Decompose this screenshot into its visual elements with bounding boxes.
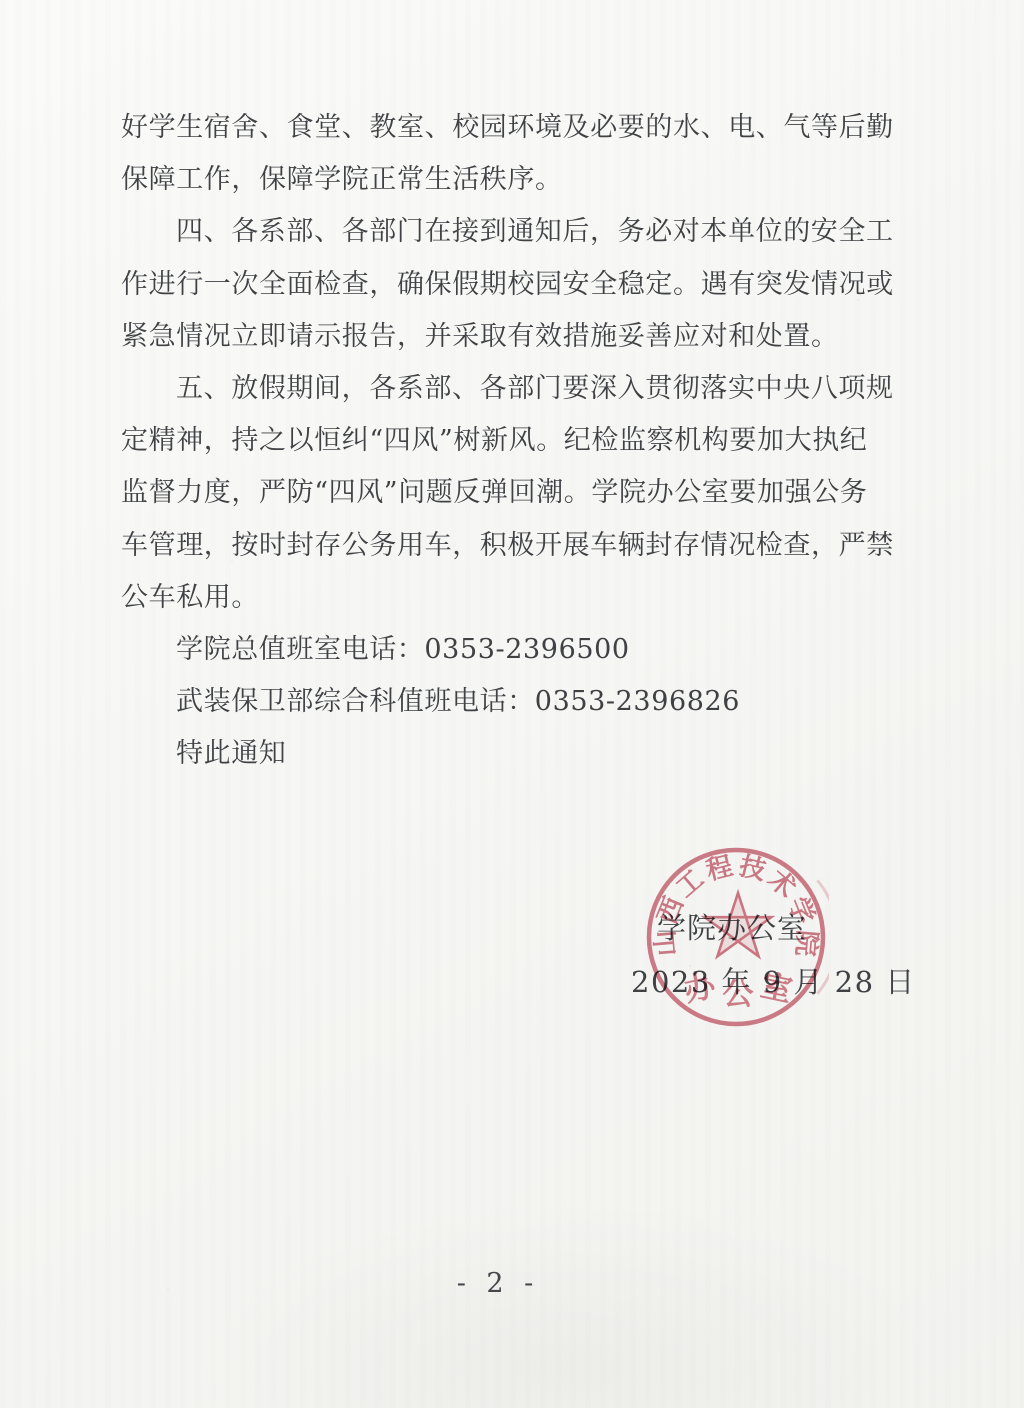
- document-page: 好学生宿舍、食堂、教室、校园环境及必要的水、电、气等后勤 保障工作，保障学院正常…: [0, 0, 1024, 1408]
- body-line-8: 监督力度，严防“四风”问题反弹回潮。学院办公室要加强公务: [121, 467, 901, 519]
- seal-bottom-char: 公: [723, 977, 754, 1013]
- body-line-7: 定精神，持之以恒纠“四风”树新风。纪检监察机构要加大执纪: [121, 415, 901, 467]
- star-icon: [705, 893, 772, 956]
- seal-ring-char: 院: [790, 929, 822, 958]
- seal-ring-char: 技: [736, 851, 768, 886]
- body-line-5: 紧急情况立即请示报告，并采取有效措施妥善应对和处置。: [121, 311, 901, 363]
- body-line-2: 保障工作，保障学院正常生活秩序。: [121, 154, 901, 206]
- body-line-11: 学院总值班室电话：0353-2396500: [121, 624, 901, 676]
- body-line-4: 作进行一次全面检查，确保假期校园安全稳定。遇有突发情况或: [121, 259, 901, 311]
- seal-ring-char: 山: [650, 929, 682, 958]
- seal-ring-char: 程: [703, 850, 736, 886]
- body-line-3: 四、各系部、各部门在接到通知后，务必对本单位的安全工: [121, 206, 901, 258]
- document-body: 好学生宿舍、食堂、教室、校园环境及必要的水、电、气等后勤 保障工作，保障学院正常…: [121, 102, 901, 780]
- body-line-6: 五、放假期间，各系部、各部门要深入贯彻落实中央八项规: [121, 363, 901, 415]
- body-line-10: 公车私用。: [121, 572, 901, 624]
- seal-ring-char: 工: [671, 864, 710, 904]
- seal-bottom-text: 办 公 室: [681, 967, 795, 1012]
- body-line-9: 车管理，按时封存公务用车，积极开展车辆封存情况检查，严禁: [121, 520, 901, 572]
- page-number: - 2 -: [0, 1268, 1010, 1299]
- body-line-12: 武装保卫部综合科值班电话：0353-2396826: [121, 676, 901, 728]
- body-line-1: 好学生宿舍、食堂、教室、校园环境及必要的水、电、气等后勤: [121, 102, 901, 154]
- body-line-13: 特此通知: [121, 728, 901, 780]
- official-seal: 山 西 工 程 技 术 学 院 办 公 室: [643, 842, 829, 1034]
- seal-bottom-char: 办: [681, 967, 720, 1009]
